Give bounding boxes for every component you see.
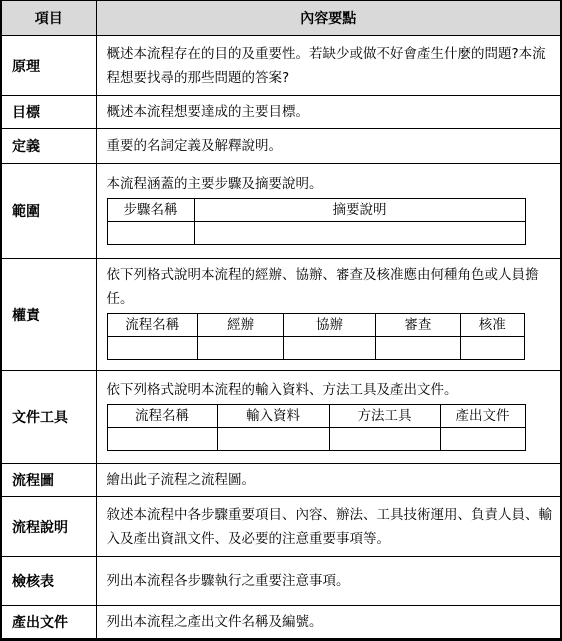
row-label: 定義	[1, 129, 96, 164]
table-header-row: 項目 內容要點	[1, 1, 561, 36]
inner-header-cell: 摘要說明	[194, 198, 525, 221]
row-documents-tools: 文件工具 依下列格式說明本流程的輸入資料、方法工具及產出文件。 流程名稱 輸入資…	[1, 371, 561, 464]
inner-empty-cell	[107, 427, 217, 450]
inner-header-row: 步驟名稱 摘要說明	[107, 198, 525, 221]
row-content: 繪出此子流程之流程圖。	[96, 464, 561, 497]
inner-header-row: 流程名稱 輸入資料 方法工具 產出文件	[107, 404, 525, 427]
row-objective: 目標 概述本流程想要達成的主要目標。	[1, 96, 561, 129]
row-content: 概述本流程想要達成的主要目標。	[96, 96, 561, 129]
documents-tools-inner-table: 流程名稱 輸入資料 方法工具 產出文件	[107, 404, 526, 451]
inner-empty-row	[107, 427, 525, 450]
inner-header-cell: 產出文件	[440, 404, 525, 427]
scope-description: 本流程涵蓋的主要步驟及摘要說明。	[107, 172, 553, 196]
row-content: 依下列格式說明本流程的輸入資料、方法工具及產出文件。 流程名稱 輸入資料 方法工…	[96, 371, 561, 464]
row-label: 權責	[1, 259, 96, 371]
row-content: 概述本流程存在的目的及重要性。若缺少或做不好會產生什麼的問題?本流程想要找尋的那…	[96, 36, 561, 96]
row-definition: 定義 重要的名詞定義及解釋說明。	[1, 129, 561, 164]
inner-empty-cell	[284, 337, 376, 360]
inner-header-cell: 協辦	[284, 314, 376, 337]
row-output-documents: 產出文件 列出本流程之產出文件名稱及編號。	[1, 606, 561, 635]
row-scope: 範圍 本流程涵蓋的主要步驟及摘要說明。 步驟名稱 摘要說明	[1, 164, 561, 259]
inner-empty-cell	[197, 337, 283, 360]
inner-empty-cell	[194, 221, 525, 244]
inner-empty-cell	[107, 337, 197, 360]
responsibility-inner-table: 流程名稱 經辦 協辦 審查 核准	[107, 313, 525, 360]
row-content: 列出本流程之產出文件名稱及編號。	[96, 606, 561, 635]
row-label: 原理	[1, 36, 96, 96]
inner-empty-cell	[440, 427, 525, 450]
row-content: 重要的名詞定義及解釋說明。	[96, 129, 561, 164]
row-content: 依下列格式說明本流程的經辦、協辦、審查及核准應由何種角色或人員擔任。 流程名稱 …	[96, 259, 561, 371]
row-content: 敘述本流程中各步驟重要項目、內容、辦法、工具技術運用、負責人員、輸入及產出資訊文…	[96, 497, 561, 557]
row-flowchart: 流程圖 繪出此子流程之流程圖。	[1, 464, 561, 497]
inner-header-cell: 方法工具	[329, 404, 440, 427]
inner-header-row: 流程名稱 經辦 協辦 審查 核准	[107, 314, 524, 337]
scope-inner-table: 步驟名稱 摘要說明	[107, 198, 526, 245]
inner-header-cell: 流程名稱	[107, 314, 197, 337]
row-rationale: 原理 概述本流程存在的目的及重要性。若缺少或做不好會產生什麼的問題?本流程想要找…	[1, 36, 561, 96]
inner-empty-cell	[107, 221, 194, 244]
row-label: 產出文件	[1, 606, 96, 635]
inner-empty-cell	[217, 427, 329, 450]
inner-header-cell: 經辦	[197, 314, 283, 337]
row-responsibility: 權責 依下列格式說明本流程的經辦、協辦、審查及核准應由何種角色或人員擔任。 流程…	[1, 259, 561, 371]
inner-header-cell: 核准	[461, 314, 524, 337]
row-label: 檢核表	[1, 557, 96, 606]
header-item: 項目	[1, 1, 96, 36]
row-content: 列出本流程各步驟執行之重要注意事項。	[96, 557, 561, 606]
process-spec-table: 項目 內容要點 原理 概述本流程存在的目的及重要性。若缺少或做不好會產生什麼的問…	[0, 0, 562, 634]
inner-empty-row	[107, 337, 524, 360]
inner-empty-cell	[329, 427, 440, 450]
row-process-description: 流程說明 敘述本流程中各步驟重要項目、內容、辦法、工具技術運用、負責人員、輸入及…	[1, 497, 561, 557]
documents-tools-description: 依下列格式說明本流程的輸入資料、方法工具及產出文件。	[107, 378, 553, 402]
header-content-points: 內容要點	[96, 1, 561, 36]
row-label: 文件工具	[1, 371, 96, 464]
row-content: 本流程涵蓋的主要步驟及摘要說明。 步驟名稱 摘要說明	[96, 164, 561, 259]
row-label: 範圍	[1, 164, 96, 259]
inner-header-cell: 流程名稱	[107, 404, 217, 427]
inner-header-cell: 步驟名稱	[107, 198, 194, 221]
inner-header-cell: 輸入資料	[217, 404, 329, 427]
inner-empty-cell	[461, 337, 524, 360]
responsibility-description: 依下列格式說明本流程的經辦、協辦、審查及核准應由何種角色或人員擔任。	[107, 263, 553, 311]
inner-empty-row	[107, 221, 525, 244]
row-label: 流程說明	[1, 497, 96, 557]
row-label: 目標	[1, 96, 96, 129]
inner-header-cell: 審查	[375, 314, 460, 337]
inner-empty-cell	[375, 337, 460, 360]
row-checklist: 檢核表 列出本流程各步驟執行之重要注意事項。	[1, 557, 561, 606]
row-label: 流程圖	[1, 464, 96, 497]
